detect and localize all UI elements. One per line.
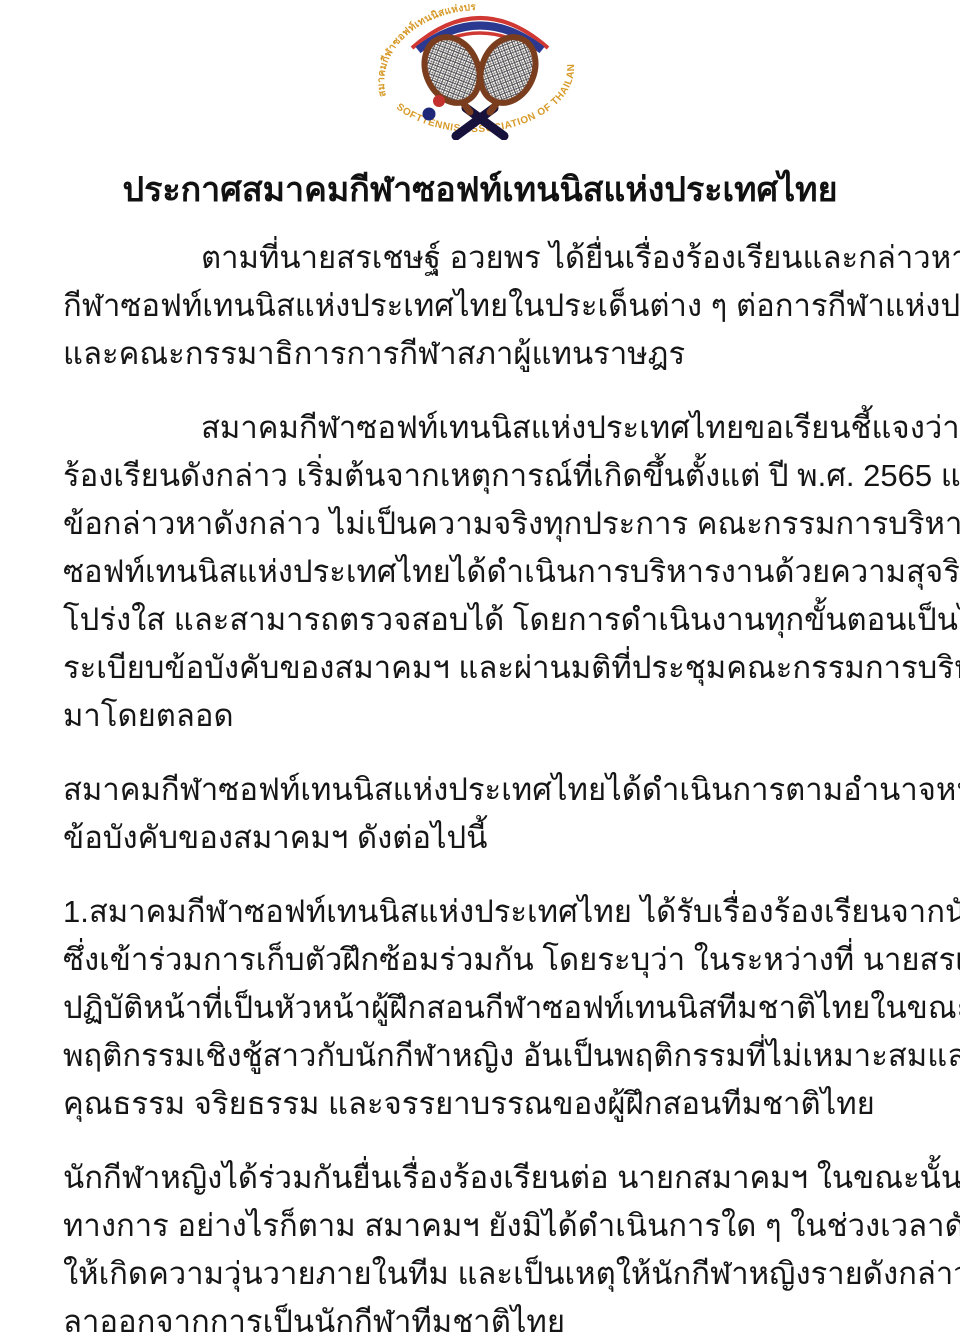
text-line: ข้อกล่าวหาดังกล่าว ไม่เป็นความจริงทุกประ… [63,500,922,548]
text-line: 1.สมาคมกีฬาซอฟท์เทนนิสแห่งประเทศไทย ได้ร… [63,888,922,936]
paragraph-4-item-1: 1.สมาคมกีฬาซอฟท์เทนนิสแห่งประเทศไทย ได้ร… [63,888,922,1128]
page-title: ประกาศสมาคมกีฬาซอฟท์เทนนิสแห่งประเทศไทย [0,162,960,216]
text-line: พฤติกรรมเชิงชู้สาวกับนักกีฬาหญิง อันเป็น… [63,1032,922,1080]
text-line: ลาออกจากการเป็นนักกีฬาทีมชาติไทย [63,1298,922,1339]
text-line: โปร่งใส และสามารถตรวจสอบได้ โดยการดำเนิน… [63,596,922,644]
text-line: ทางการ อย่างไรก็ตาม สมาคมฯ ยังมิได้ดำเนิ… [63,1202,922,1250]
text-line: สมาคมกีฬาซอฟท์เทนนิสแห่งประเทศไทยขอเรียน… [63,404,922,452]
text-line: ร้องเรียนดังกล่าว เริ่มต้นจากเหตุการณ์ที… [63,452,922,500]
text-line: ให้เกิดความวุ่นวายภายในทีม และเป็นเหตุให… [63,1250,922,1298]
red-ball-icon [433,95,445,107]
paragraph-2: สมาคมกีฬาซอฟท์เทนนิสแห่งประเทศไทยขอเรียน… [63,404,922,740]
document-body: ตามที่นายสรเชษฐ์ อวยพร ได้ยื่นเรื่องร้อง… [0,234,960,1339]
blue-ball-icon [423,108,436,121]
paragraph-3: สมาคมกีฬาซอฟท์เทนนิสแห่งประเทศไทยได้ดำเน… [63,766,922,862]
text-line: ซึ่งเข้าร่วมการเก็บตัวฝึกซ้อมร่วมกัน โดย… [63,936,922,984]
association-logo: สมาคมกีฬาซอฟท์เทนนิสแห่งประเทศไทย SOFTTE… [0,0,960,140]
text-line: ตามที่นายสรเชษฐ์ อวยพร ได้ยื่นเรื่องร้อง… [63,234,922,282]
text-line: ระเบียบข้อบังคับของสมาคมฯ และผ่านมติที่ป… [63,644,922,692]
text-line: กีฬาซอฟท์เทนนิสแห่งประเทศไทยในประเด็นต่า… [63,282,922,330]
text-line: นักกีฬาหญิงได้ร่วมกันยื่นเรื่องร้องเรียน… [63,1154,922,1202]
paragraph-5: นักกีฬาหญิงได้ร่วมกันยื่นเรื่องร้องเรียน… [63,1154,922,1339]
paragraph-1: ตามที่นายสรเชษฐ์ อวยพร ได้ยื่นเรื่องร้อง… [63,234,922,378]
text-line: สมาคมกีฬาซอฟท์เทนนิสแห่งประเทศไทยได้ดำเน… [63,766,922,814]
text-line: ปฏิบัติหน้าที่เป็นหัวหน้าผู้ฝึกสอนกีฬาซอ… [63,984,922,1032]
text-line: และคณะกรรมาธิการการกีฬาสภาผู้แทนราษฎร [63,330,922,378]
announcement-document: สมาคมกีฬาซอฟท์เทนนิสแห่งประเทศไทย SOFTTE… [0,0,960,1339]
text-line: คุณธรรม จริยธรรม และจรรยาบรรณของผู้ฝึกสอ… [63,1080,922,1128]
text-line: ซอฟท์เทนนิสแห่งประเทศไทยได้ดำเนินการบริห… [63,548,922,596]
text-line: มาโดยตลอด [63,692,922,740]
soft-tennis-logo-icon: สมาคมกีฬาซอฟท์เทนนิสแห่งประเทศไทย SOFTTE… [366,4,594,140]
text-line: ข้อบังคับของสมาคมฯ ดังต่อไปนี้ [63,814,922,862]
